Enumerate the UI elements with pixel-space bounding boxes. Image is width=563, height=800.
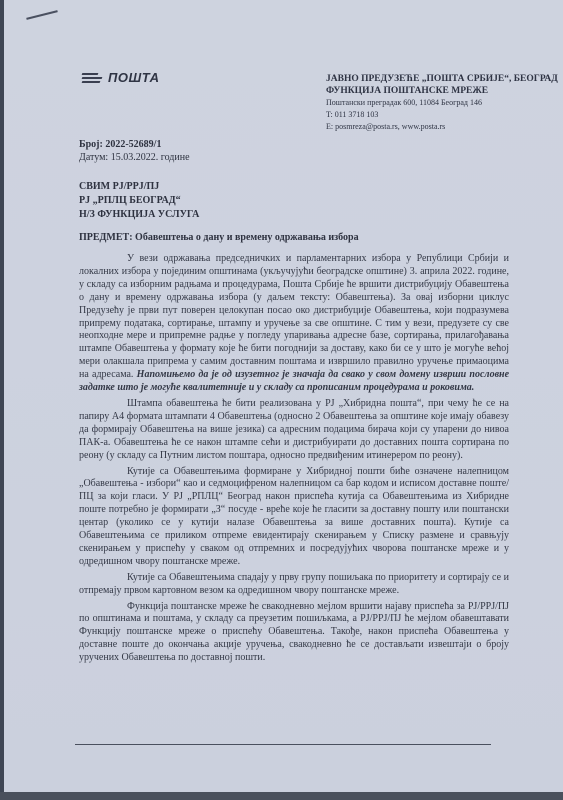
org-name: ЈАВНО ПРЕДУЗЕЋЕ „ПОШТА СРБИЈЕ“, БЕОГРАД xyxy=(326,73,558,85)
recipient-line: Н/З ФУНКЦИЈА УСЛУГА xyxy=(79,208,199,222)
reference-number: Број: 2022-52689/1 xyxy=(79,138,190,151)
org-address: Поштански преградак 600, 11084 Београд 1… xyxy=(326,97,558,109)
logo-text: ПОШТА xyxy=(108,70,160,85)
emphasis-note: Напомињемо да је од изузетног је значаја… xyxy=(79,369,509,393)
bottom-edge xyxy=(0,792,563,800)
paragraph: Кутије са Обавештењима спадају у прву гр… xyxy=(79,572,509,598)
subject-line: ПРЕДМЕТ: Обавештења о дану и времену одр… xyxy=(79,232,359,243)
org-department: ФУНКЦИЈА ПОШТАНСКЕ МРЕЖЕ xyxy=(326,85,558,97)
paragraph: У вези одржавања председничких и парламе… xyxy=(79,253,509,395)
posta-logo-icon xyxy=(82,72,104,84)
posta-logo: ПОШТА xyxy=(82,70,160,85)
paragraph: Функција поштанске мреже ће свакодневно … xyxy=(79,601,509,666)
recipients-block: СВИМ РЈ/РРЈ/ПЈ РЈ „РПЛЦ БЕОГРАД“ Н/З ФУН… xyxy=(79,180,199,222)
reference-date: Датум: 15.03.2022. године xyxy=(79,151,190,164)
paragraph: Кутије са Обавештењима формиране у Хибри… xyxy=(79,466,509,569)
recipient-line: РЈ „РПЛЦ БЕОГРАД“ xyxy=(79,194,199,208)
document-page: ПОШТА ЈАВНО ПРЕДУЗЕЋЕ „ПОШТА СРБИЈЕ“, БЕ… xyxy=(4,0,563,792)
org-phone: T: 011 3718 103 xyxy=(326,109,558,121)
paragraph: Штампа обавештења ће бити реализована у … xyxy=(79,398,509,463)
pen-mark xyxy=(26,10,58,20)
letter-body: У вези одржавања председничких и парламе… xyxy=(79,253,509,668)
reference-block: Број: 2022-52689/1 Датум: 15.03.2022. го… xyxy=(79,138,190,164)
footer-divider xyxy=(75,744,491,745)
organization-header: ЈАВНО ПРЕДУЗЕЋЕ „ПОШТА СРБИЈЕ“, БЕОГРАД … xyxy=(326,73,558,133)
recipient-line: СВИМ РЈ/РРЈ/ПЈ xyxy=(79,180,199,194)
org-email-web: E: posmreza@posta.rs, www.posta.rs xyxy=(326,121,558,133)
